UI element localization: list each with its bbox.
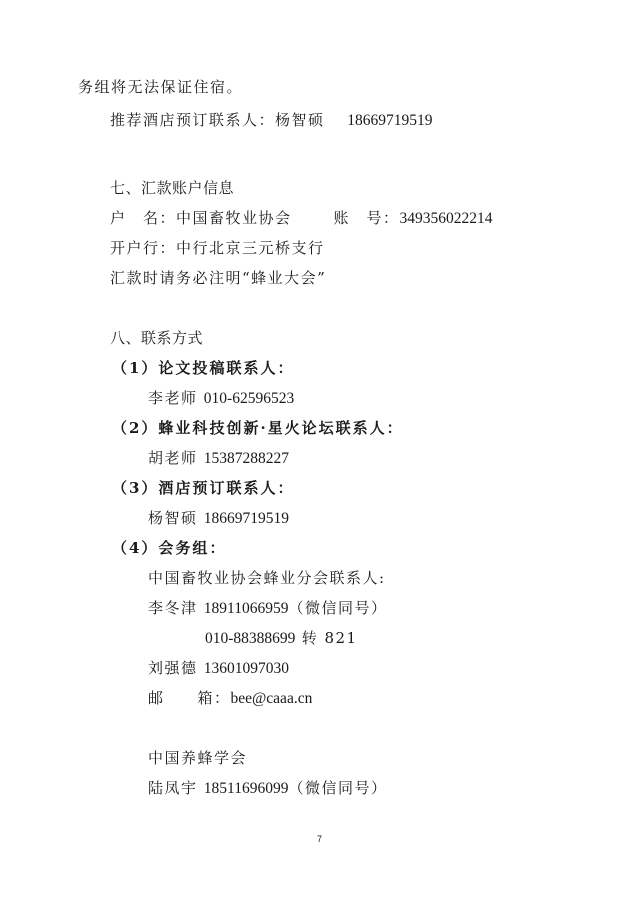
- contact-4-line-2: 010-88388699 转 821: [205, 628, 358, 649]
- contact-3-title: （3）酒店预订联系人：: [112, 478, 294, 498]
- section-7-title: 七、汇款账户信息: [110, 178, 234, 198]
- account-no-label: 账 号：: [334, 209, 400, 227]
- extension: 转 821: [295, 629, 357, 647]
- recommended-hotel-contact: 推荐酒店预订联系人：杨智硕 18669719519: [110, 110, 433, 131]
- wechat-note: （微信同号）: [288, 599, 387, 617]
- contact-number: 010-88388699: [205, 630, 295, 647]
- email-link[interactable]: bee@caaa.cn: [231, 690, 313, 707]
- contact-4-line-1: 李冬津 18911066959（微信同号）: [148, 598, 388, 619]
- contact-name: 李老师: [148, 389, 198, 407]
- org-2: 中国养蜂学会: [148, 748, 247, 768]
- account-info: 户 名：中国畜牧业协会账 号：349356022214: [110, 208, 493, 229]
- hotel-contact-phone: 18669719519: [347, 112, 432, 129]
- contact-name: 杨智硕: [148, 509, 198, 527]
- contact-number: 18511696099: [204, 780, 289, 797]
- contact-4-line-3: 刘强德 13601097030: [148, 658, 289, 679]
- contact-4-line-5: 陆凤宇 18511696099（微信同号）: [148, 778, 388, 799]
- hotel-contact-label: 推荐酒店预订联系人：杨智硕: [110, 111, 325, 129]
- bank-name: 开户行：中行北京三元桥支行: [110, 238, 325, 258]
- org-1: 中国畜牧业协会蜂业分会联系人:: [148, 568, 386, 588]
- email-label: 邮 箱：: [148, 689, 231, 707]
- contact-name: 胡老师: [148, 449, 198, 467]
- contact-2-title: （2）蜂业科技创新·星火论坛联系人：: [112, 418, 404, 438]
- section-8-title: 八、联系方式: [110, 328, 203, 348]
- wechat-note: （微信同号）: [288, 779, 387, 797]
- contact-3-line: 杨智硕 18669719519: [148, 508, 289, 529]
- contact-2-line: 胡老师 15387288227: [148, 448, 289, 469]
- contact-name: 刘强德: [148, 659, 198, 677]
- contact-4-email: 邮 箱：bee@caaa.cn: [148, 688, 312, 709]
- contact-name: 李冬津: [148, 599, 198, 617]
- contact-4-title: （4）会务组：: [112, 538, 226, 558]
- contact-number: 18669719519: [204, 510, 289, 527]
- contact-number: 010-62596523: [204, 390, 294, 407]
- contact-number: 13601097030: [204, 660, 289, 677]
- contact-number: 18911066959: [204, 600, 289, 617]
- contact-1-line: 李老师 010-62596523: [148, 388, 294, 409]
- account-name: 户 名：中国畜牧业协会: [110, 209, 292, 227]
- account-no: 349356022214: [400, 210, 493, 227]
- continuation-text: 务组将无法保证住宿。: [78, 77, 243, 97]
- contact-number: 15387288227: [204, 450, 289, 467]
- contact-name: 陆凤宇: [148, 779, 198, 797]
- remittance-note: 汇款时请务必注明“蜂业大会”: [110, 268, 326, 288]
- contact-1-title: （1）论文投稿联系人：: [112, 358, 294, 378]
- page-number: 7: [317, 834, 322, 844]
